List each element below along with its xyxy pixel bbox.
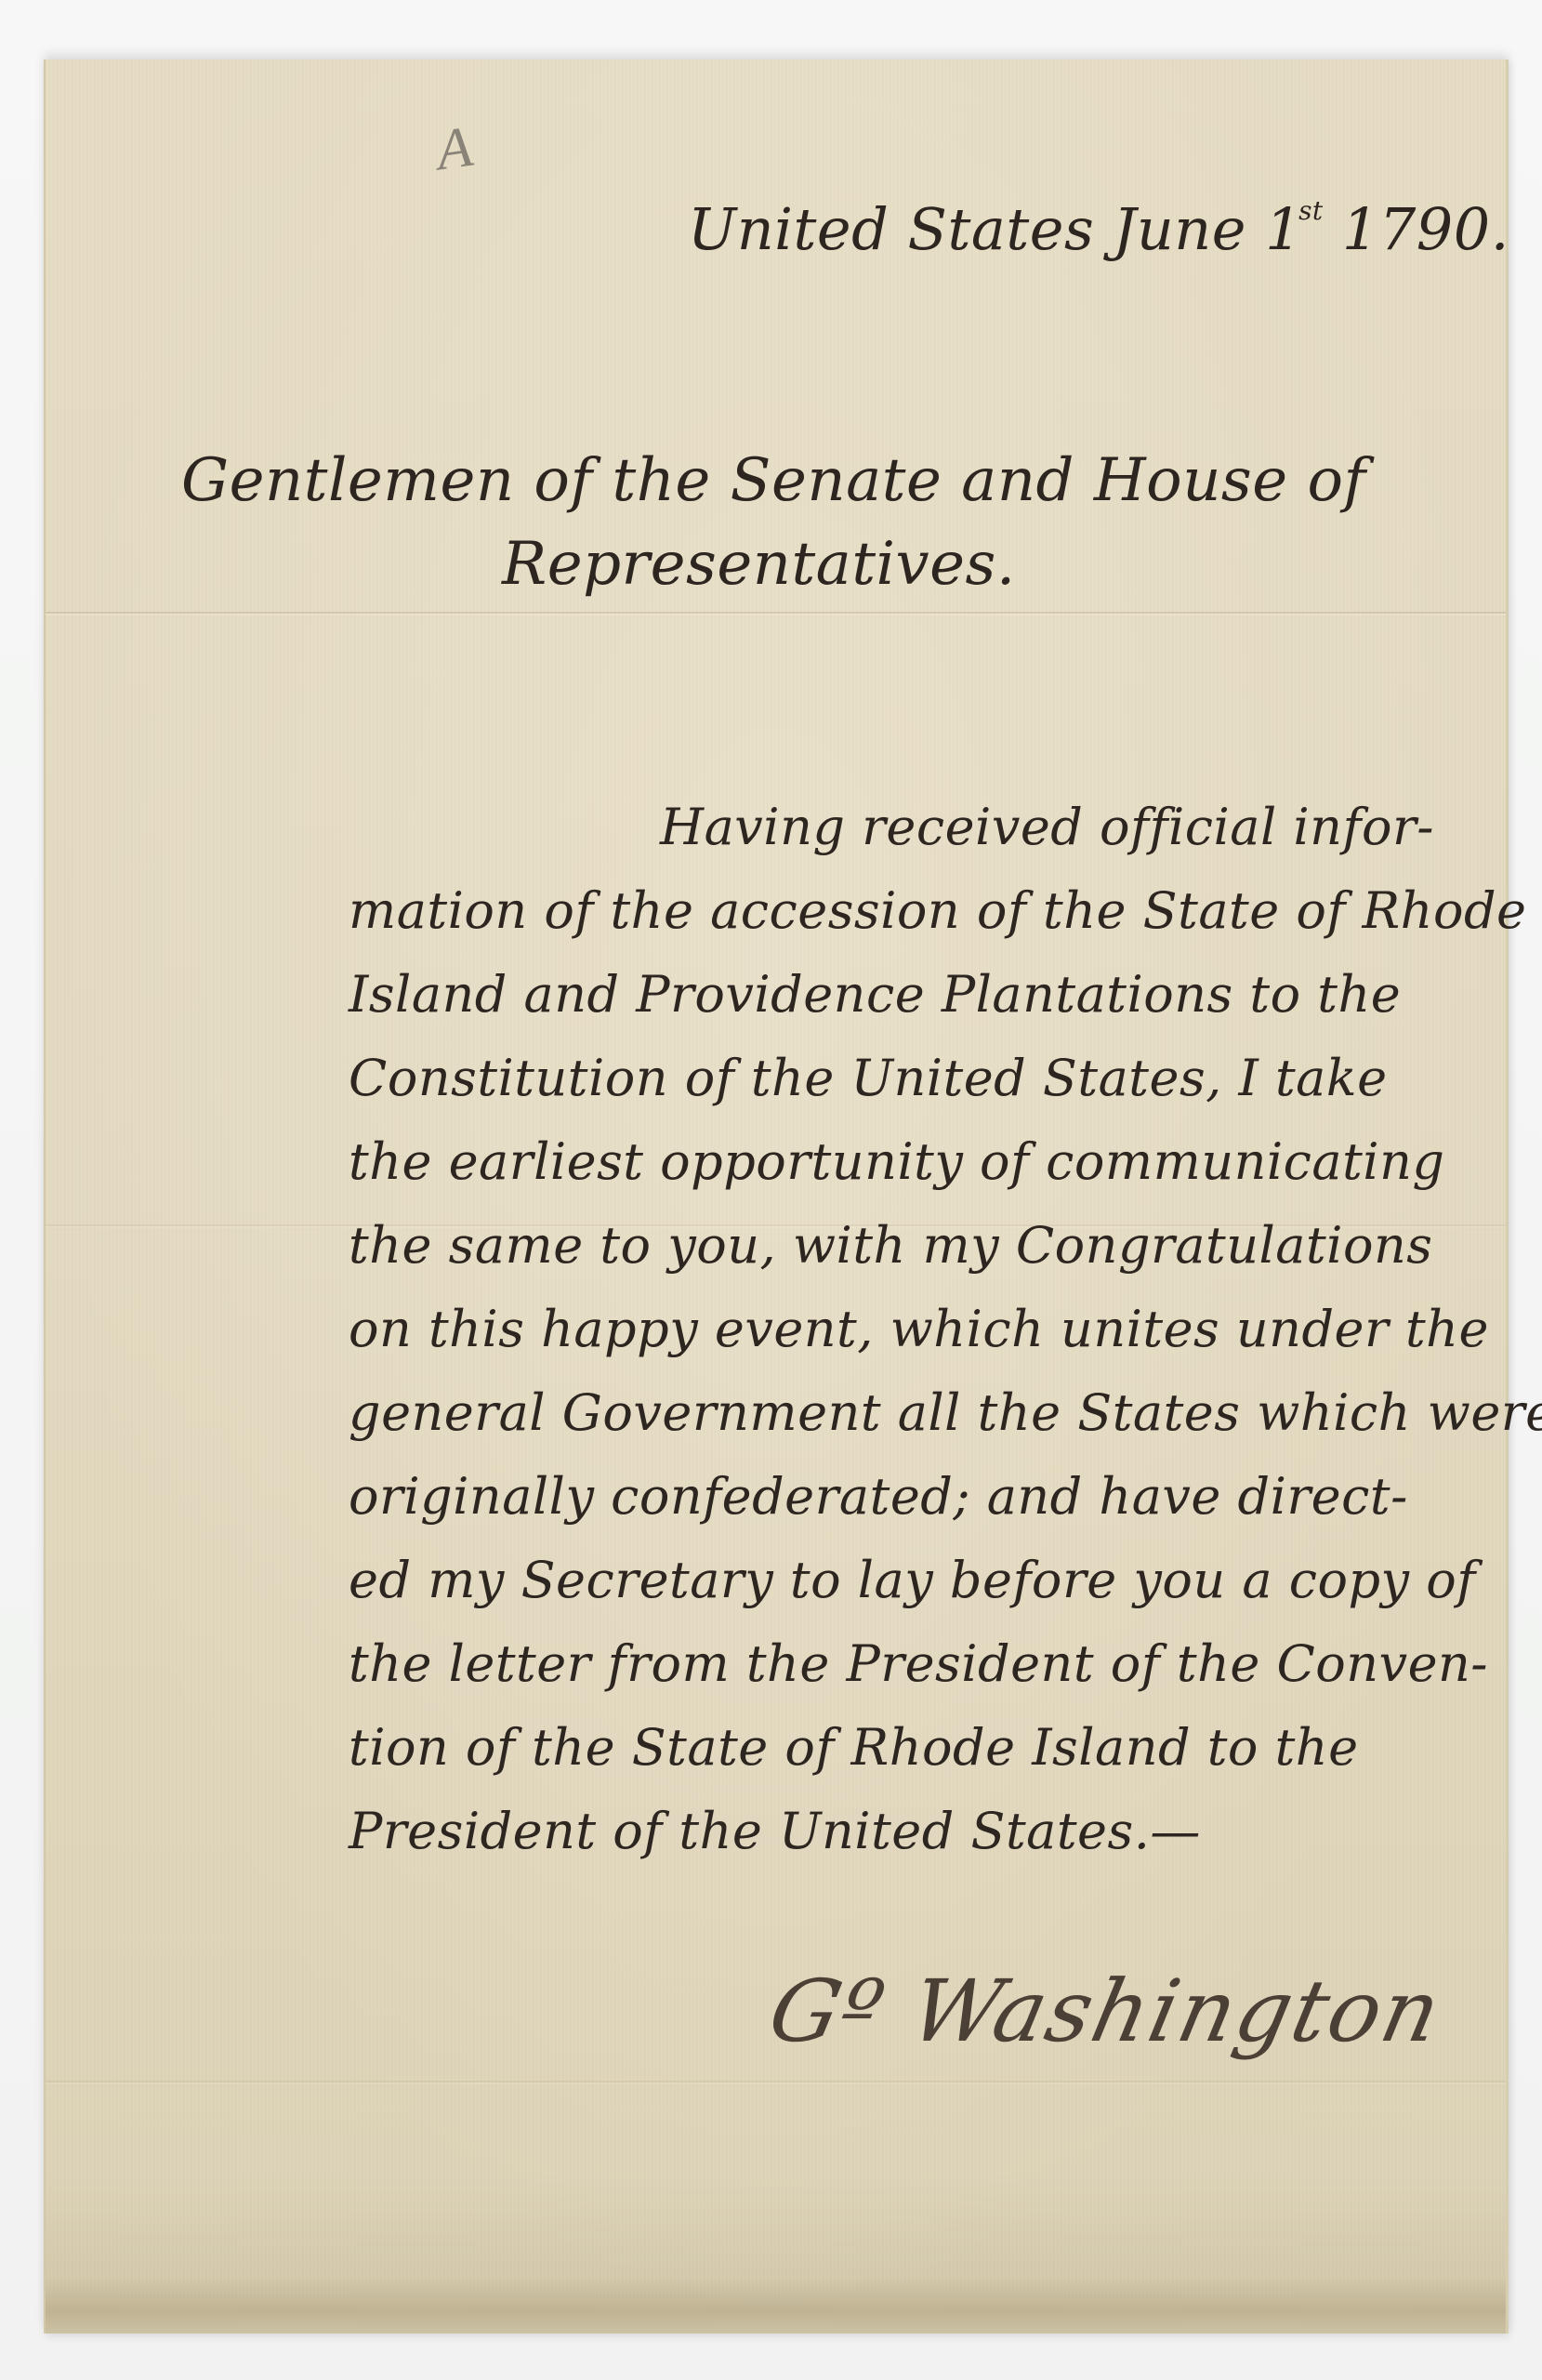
- dateline-year: 1790.: [1342, 195, 1509, 263]
- body-line: ed my Secretary to lay before you a copy…: [349, 1551, 1476, 1609]
- salutation-line-1: Gentlemen of the Senate and House of: [181, 446, 1366, 515]
- signature: Gº Washington: [761, 1962, 1451, 2061]
- body-line: President of the United States.—: [349, 1802, 1201, 1860]
- body-line: originally confederated; and have direct…: [349, 1467, 1408, 1526]
- body-line: the earliest opportunity of communicatin…: [349, 1132, 1444, 1191]
- fold-line: [46, 612, 1506, 614]
- body-line: the same to you, with my Congratulations: [349, 1216, 1432, 1275]
- body-line: Having received official infor-: [660, 798, 1434, 856]
- body-line: Constitution of the United States, I tak…: [349, 1049, 1388, 1107]
- fold-line: [46, 2081, 1506, 2082]
- dateline-text: United States June 1: [688, 195, 1302, 263]
- body-line: the letter from the President of the Con…: [349, 1634, 1488, 1693]
- body-line: Island and Providence Plantations to the: [349, 965, 1401, 1024]
- bottom-stain: [46, 2278, 1506, 2334]
- salutation-line-2: Representatives.: [502, 530, 1016, 599]
- body-line: tion of the State of Rhode Island to the: [349, 1718, 1359, 1777]
- body-line: general Government all the States which …: [349, 1383, 1542, 1442]
- dateline-ordinal: st: [1298, 195, 1324, 226]
- dateline: United States June 1st 1790.: [688, 195, 1509, 263]
- body-line: mation of the accession of the State of …: [349, 881, 1526, 940]
- body-line: on this happy event, which unites under …: [349, 1300, 1489, 1358]
